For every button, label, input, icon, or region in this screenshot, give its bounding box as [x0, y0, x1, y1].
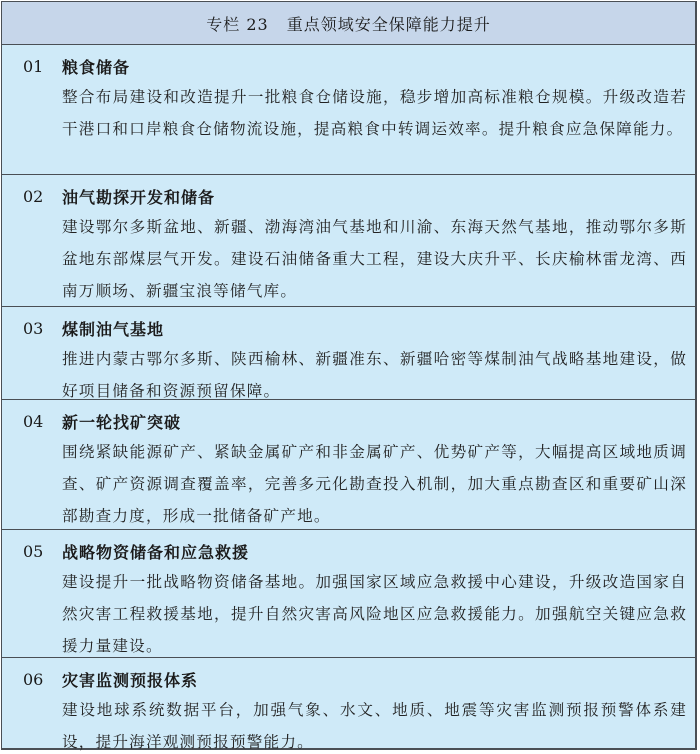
item-number: 04 — [2, 412, 62, 431]
item-title: 新一轮找矿突破 — [62, 410, 181, 433]
item-row-02: 02 油气勘探开发和储备 建设鄂尔多斯盆地、新疆、渤海湾油气基地和川渝、东海天然… — [2, 175, 695, 307]
item-number: 06 — [2, 670, 62, 689]
item-title: 煤制油气基地 — [62, 317, 164, 340]
item-body: 整合布局建设和改造提升一批粮食仓储设施，稳步增加高标准粮仓规模。升级改造若干港口… — [62, 81, 687, 145]
item-body: 建设地球系统数据平台，加强气象、水文、地质、地震等灾害监测预报预警体系建设，提升… — [62, 694, 687, 754]
item-number: 02 — [2, 187, 62, 206]
column-header: 专栏 23 重点领域安全保障能力提升 — [2, 2, 695, 45]
special-column-box: 专栏 23 重点领域安全保障能力提升 01 粮食储备 整合布局建设和改造提升一批… — [1, 1, 697, 750]
column-title: 重点领域安全保障能力提升 — [287, 12, 491, 35]
item-row-06: 06 灾害监测预报体系 建设地球系统数据平台，加强气象、水文、地质、地震等灾害监… — [2, 658, 695, 750]
item-row-04: 04 新一轮找矿突破 围绕紧缺能源矿产、紧缺金属矿产和非金属矿产、优势矿产等，大… — [2, 400, 695, 530]
item-title: 战略物资储备和应急救援 — [62, 540, 249, 563]
item-title: 油气勘探开发和储备 — [62, 185, 215, 208]
item-title: 灾害监测预报体系 — [62, 668, 198, 691]
item-body: 建设鄂尔多斯盆地、新疆、渤海湾油气基地和川渝、东海天然气基地，推动鄂尔多斯盆地东… — [62, 211, 687, 307]
column-label: 专栏 23 — [206, 12, 268, 35]
item-number: 03 — [2, 319, 62, 338]
item-body: 围绕紧缺能源矿产、紧缺金属矿产和非金属矿产、优势矿产等，大幅提高区域地质调查、矿… — [62, 436, 687, 532]
item-row-01: 01 粮食储备 整合布局建设和改造提升一批粮食仓储设施，稳步增加高标准粮仓规模。… — [2, 45, 695, 175]
item-body: 推进内蒙古鄂尔多斯、陕西榆林、新疆准东、新疆哈密等煤制油气战略基地建设，做好项目… — [62, 343, 687, 407]
item-number: 01 — [2, 57, 62, 76]
item-number: 05 — [2, 542, 62, 561]
item-body: 建设提升一批战略物资储备基地。加强国家区域应急救援中心建设，升级改造国家自然灾害… — [62, 566, 687, 662]
item-row-05: 05 战略物资储备和应急救援 建设提升一批战略物资储备基地。加强国家区域应急救援… — [2, 530, 695, 658]
item-row-03: 03 煤制油气基地 推进内蒙古鄂尔多斯、陕西榆林、新疆准东、新疆哈密等煤制油气战… — [2, 307, 695, 400]
item-title: 粮食储备 — [62, 55, 130, 78]
